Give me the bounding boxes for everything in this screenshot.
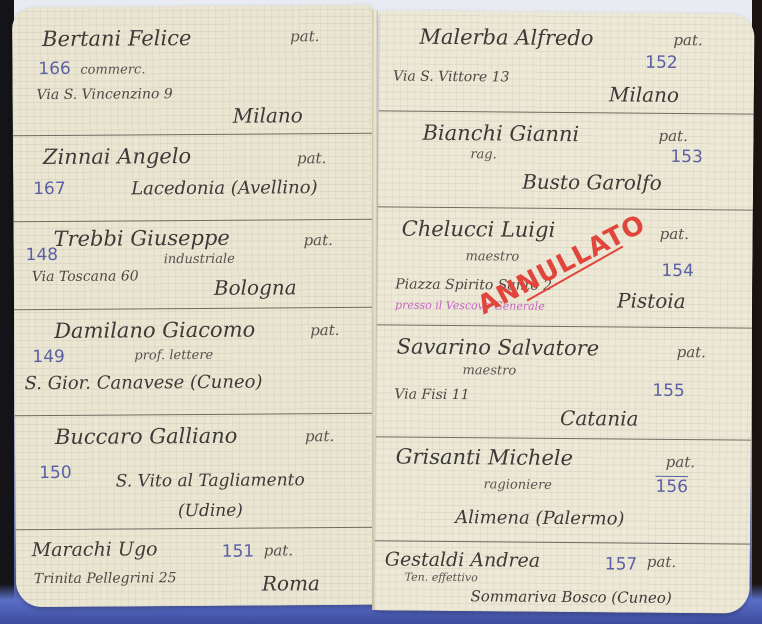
entry-status: pat. — [303, 231, 332, 249]
entry-name: Damilano Giacomo — [54, 318, 255, 343]
entry-address: Via S. Vittore 13 — [393, 68, 510, 85]
entry-name: Trebbi Giuseppe — [53, 226, 229, 251]
entry-number: 157 — [605, 554, 638, 574]
entry-status: pat. — [647, 553, 676, 571]
entry-city: Sommariva Bosco (Cuneo) — [470, 587, 671, 607]
entry-149: Damilano Giacomo pat. 149 prof. lettere … — [14, 307, 375, 417]
entry-157: Gestaldi Andrea 157 pat. Ten. effettivo … — [374, 540, 750, 613]
entry-167: Zinnai Angelo pat. 167 Lacedonia (Avelli… — [13, 133, 374, 223]
entry-address: Via Fisi 11 — [394, 387, 469, 404]
entry-148: Trebbi Giuseppe pat. 148 industriale Via… — [13, 219, 374, 311]
entry-number: 154 — [661, 261, 694, 281]
entry-role: ragioniere — [483, 477, 552, 493]
entry-status: pat. — [673, 31, 702, 49]
entry-city: Milano — [233, 103, 303, 127]
entry-name: Grisanti Michele — [396, 445, 573, 471]
entry-status: pat. — [660, 225, 689, 243]
entry-150: Buccaro Galliano pat. 150 S. Vito al Tag… — [15, 413, 376, 531]
entry-city: Catania — [560, 406, 639, 431]
entry-name: Zinnai Angelo — [43, 144, 191, 169]
entry-status: pat. — [264, 541, 293, 559]
entry-name: Bianchi Gianni — [422, 121, 579, 146]
entry-153: Bianchi Gianni pat. rag. 153 Busto Garol… — [378, 110, 754, 210]
entry-status: pat. — [305, 427, 334, 445]
entry-city: Pistoia — [617, 288, 686, 313]
entry-role: prof. lettere — [134, 348, 213, 364]
entry-156: Grisanti Michele pat. ragioniere 156 Ali… — [375, 436, 751, 544]
entry-151: Marachi Ugo 151 pat. Trinita Pellegrini … — [16, 527, 377, 608]
entry-166: Bertani Felice pat. 166 commerc. Via S. … — [12, 5, 373, 137]
entry-name: Gestaldi Andrea — [385, 548, 540, 571]
entry-154: Chelucci Luigi pat. maestro 154 Piazza S… — [377, 206, 753, 328]
entry-city: Milano — [609, 82, 679, 107]
entry-city: Roma — [262, 571, 320, 595]
entry-city: Busto Garolfo — [522, 170, 662, 195]
entry-city: Bologna — [214, 275, 297, 300]
entry-152: Malerba Alfredo pat. 152 Via S. Vittore … — [379, 10, 755, 114]
entry-name: Bertani Felice — [42, 26, 191, 51]
entry-name: Marachi Ugo — [32, 538, 158, 561]
entry-city: S. Vito al Tagliamento (Udine) — [95, 465, 325, 527]
entry-number: 151 — [222, 542, 255, 562]
entry-number: 155 — [652, 381, 685, 401]
entry-number: 149 — [32, 347, 65, 367]
entry-name: Malerba Alfredo — [419, 25, 593, 51]
entry-number: 150 — [39, 463, 72, 483]
entry-address: Trinita Pellegrini 25 — [34, 570, 177, 587]
entry-name: Buccaro Galliano — [55, 424, 238, 449]
entry-name: Savarino Salvatore — [397, 335, 600, 361]
entry-status: pat. — [290, 27, 319, 45]
entry-address: Via S. Vincenzino 9 — [36, 86, 172, 103]
entry-status: pat. — [310, 321, 339, 339]
entry-155: Savarino Salvatore pat. maestro 155 Via … — [376, 324, 752, 440]
entry-status: pat. — [677, 343, 706, 361]
entry-number: 166 — [38, 59, 71, 79]
entry-address: Via Toscana 60 — [32, 268, 139, 285]
entry-number: 148 — [26, 245, 59, 265]
entry-city: Lacedonia (Avellino) — [131, 177, 318, 199]
entry-city: S. Gior. Canavese (Cuneo) — [24, 372, 262, 395]
entry-number: 152 — [645, 53, 678, 73]
entry-number: 156 — [655, 477, 688, 497]
entry-role: rag. — [470, 147, 497, 162]
notebook-right-page: Malerba Alfredo pat. 152 Via S. Vittore … — [374, 10, 754, 613]
entry-city: Alimena (Palermo) — [455, 507, 624, 529]
entry-role: maestro — [462, 363, 516, 378]
entry-number: 153 — [670, 147, 703, 167]
entry-number: 167 — [33, 179, 66, 199]
entry-name: Chelucci Luigi — [402, 217, 556, 242]
entry-role: industriale — [164, 252, 235, 267]
entry-role: commerc. — [80, 62, 145, 77]
entry-status: pat. — [666, 453, 695, 471]
entry-status: pat. — [297, 149, 326, 167]
notebook-left-page: Bertani Felice pat. 166 commerc. Via S. … — [12, 5, 376, 607]
entry-role: maestro — [465, 249, 519, 264]
entry-role: Ten. effettivo — [405, 571, 478, 585]
entry-status: pat. — [658, 127, 687, 145]
